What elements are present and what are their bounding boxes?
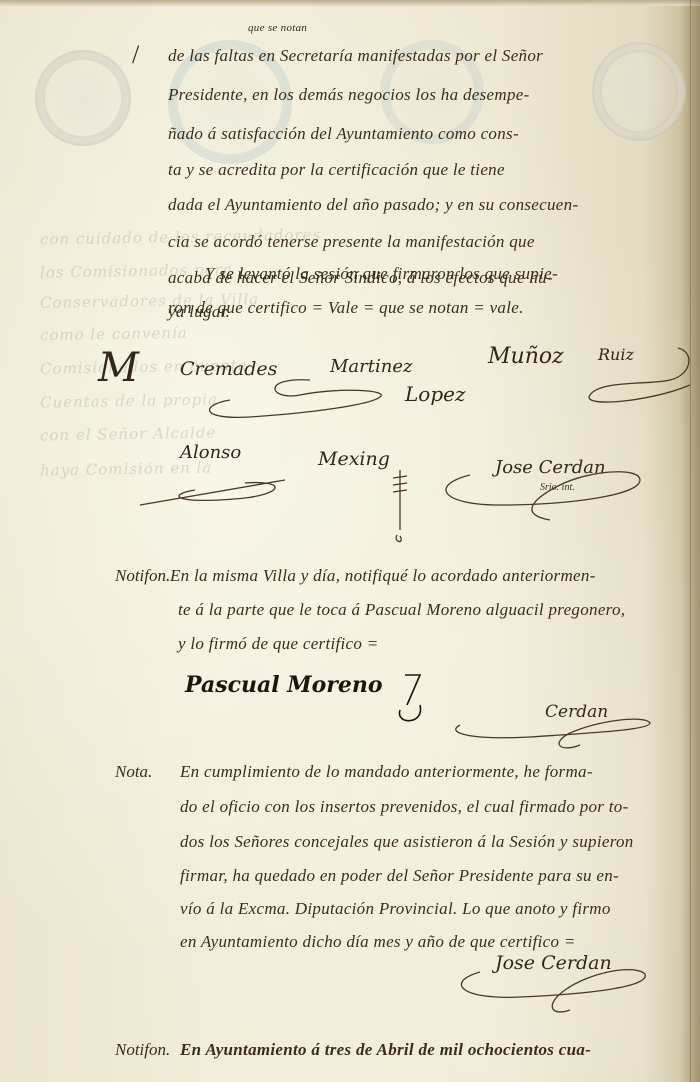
paragraph-line: ta y se acredita por la certificación qu…	[168, 160, 505, 180]
signature-lopez: Lopez	[405, 382, 466, 406]
bleed-through-text: Cuentas de la propia	[40, 390, 218, 411]
signature-flourish-icon	[450, 962, 670, 1022]
paragraph-line: Presidente, en los demás negocios los ha…	[168, 85, 530, 105]
signature-alonso: Alonso	[180, 442, 241, 463]
notification-2-margin-label: Notifon.	[115, 1040, 170, 1060]
paragraph-line: cia se acordó tenerse presente la manife…	[168, 232, 535, 252]
notification-line: y lo firmó de que certifico =	[178, 634, 379, 654]
signature-rubric-icon	[385, 470, 415, 550]
signature-flourish-icon	[440, 465, 660, 525]
nota-line: do el oficio con los insertos prevenidos…	[180, 797, 629, 817]
nota-line: En cumplimiento de lo mandado anteriorme…	[180, 762, 593, 782]
paper-top-edge	[0, 0, 700, 6]
signature-pascual-moreno: Pascual Moreno	[185, 672, 383, 698]
signature-initial-m: M	[98, 345, 139, 391]
closing-line: Y se levantó la sesión que firmaron los …	[205, 264, 558, 284]
signature-flourish-icon	[135, 465, 305, 515]
signature-munoz: Muñoz	[488, 344, 564, 369]
nota-line: firmar, ha quedado en poder del Señor Pr…	[180, 866, 619, 886]
nota-line: vío á la Excma. Diputación Provincial. L…	[180, 899, 611, 919]
paragraph-line: de las faltas en Secretaría manifestadas…	[168, 46, 543, 66]
embossed-seal-right-icon	[592, 42, 686, 141]
manuscript-page: con cuidado de los recaudadores los Comi…	[0, 0, 700, 1082]
signature-flourish-icon	[560, 340, 700, 420]
notification-margin-label: Notifon.	[115, 566, 170, 586]
page-fold-line	[690, 0, 691, 1082]
nota-line: dos los Señores concejales que asistiero…	[180, 832, 634, 852]
signature-rubric-icon	[385, 665, 435, 725]
embossed-seal-left-icon	[35, 50, 131, 146]
signature-flourish-icon	[450, 715, 670, 765]
notification-line: te á la parte que le toca á Pascual More…	[178, 600, 625, 620]
margin-slash: /	[132, 40, 139, 70]
signature-mexing: Mexing	[318, 448, 390, 470]
notification-2-line: En Ayuntamiento á tres de Abril de mil o…	[180, 1040, 591, 1060]
closing-line: ron de que certifico = Vale = que se not…	[168, 298, 524, 318]
bleed-through-text: como le convenía	[40, 324, 188, 345]
insertion-above-line: que se notan	[248, 22, 307, 34]
nota-margin-label: Nota.	[115, 762, 152, 782]
paragraph-line: ñado á satisfacción del Ayuntamiento com…	[168, 124, 519, 144]
signature-martinez: Martinez	[330, 356, 413, 377]
paragraph-line: dada el Ayuntamiento del año pasado; y e…	[168, 195, 578, 215]
nota-line: en Ayuntamiento dicho día mes y año de q…	[180, 932, 576, 952]
notification-line: En la misma Villa y día, notifiqué lo ac…	[170, 566, 596, 586]
